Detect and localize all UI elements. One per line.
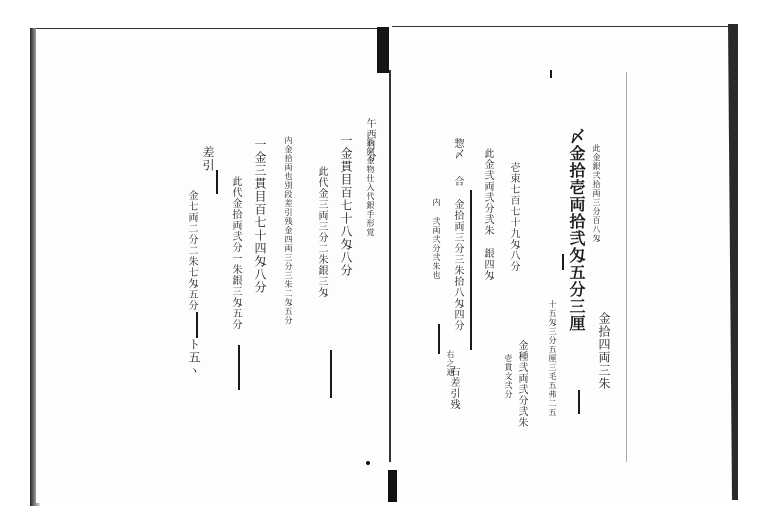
left-column-3: 一金貫目百七十八匁八分 bbox=[340, 134, 352, 334]
column-text: 合 金拾両三分三朱拾八匁四分 bbox=[452, 176, 463, 331]
column-text: ト五ヽ bbox=[187, 338, 201, 377]
column-text: 金種弐両弐分弐朱 bbox=[516, 340, 527, 428]
left-column-4: 此代金三両三分二朱銀三匁 bbox=[316, 166, 326, 386]
column-text: 一金貫目百七十八匁八分 bbox=[339, 134, 353, 277]
column-text: 差引 bbox=[201, 146, 215, 172]
right-column-7: 壱束七百七十九匁八分 bbox=[508, 162, 518, 332]
column-text: 鉄座金物仕入代銀手形覚 bbox=[366, 138, 375, 237]
ink-stroke bbox=[330, 350, 332, 398]
left-column-signature: ト五ヽ bbox=[188, 338, 200, 377]
ink-stroke bbox=[578, 390, 580, 414]
right-column-8: 此金弐両弐分弐朱 銀四匁 bbox=[482, 148, 492, 348]
column-text: 内 弐両弐分弐朱也 bbox=[432, 198, 441, 280]
right-page-frame-line bbox=[626, 72, 627, 462]
right-column-2: 此金銀弐拾両三分百八匁 bbox=[592, 144, 600, 264]
column-text: 此金弐両弐分弐朱 銀四匁 bbox=[482, 148, 493, 281]
right-column-13: 右差引残 bbox=[448, 366, 458, 446]
ink-spot bbox=[366, 461, 370, 465]
column-text: 金七両二分二朱七匁五分 bbox=[186, 190, 197, 311]
column-text: 此代金拾両弐分一朱銀三匁五分 bbox=[230, 176, 241, 330]
column-text: 内金拾両也別段差引残金四両三分三朱二匁五分 bbox=[284, 136, 293, 325]
right-column-9: 惣〆 bbox=[452, 138, 462, 160]
column-text: 壱貫文弐分 bbox=[504, 354, 513, 399]
spine-tab-bottom bbox=[388, 470, 397, 502]
left-column-8: 差引 bbox=[202, 146, 214, 172]
ink-stroke bbox=[438, 324, 440, 354]
left-page bbox=[36, 28, 388, 503]
ink-stroke bbox=[238, 345, 240, 390]
right-column-4: 十五匁三分五厘三毛五弗二五 bbox=[548, 300, 556, 480]
right-page bbox=[392, 26, 730, 499]
column-text: 惣〆 bbox=[452, 138, 463, 160]
column-text: 此金銀弐拾両三分百八匁 bbox=[592, 144, 601, 243]
column-text: 右差引残 bbox=[448, 366, 459, 410]
ink-stroke bbox=[216, 170, 218, 194]
right-column-6: 壱貫文弐分 bbox=[504, 354, 512, 399]
ink-stroke bbox=[562, 254, 564, 270]
left-column-7: 此代金拾両弐分一朱銀三匁五分 bbox=[230, 176, 240, 346]
right-column-5: 金種弐両弐分弐朱 bbox=[516, 340, 526, 440]
left-column-9: 金七両二分二朱七匁五分 bbox=[186, 190, 196, 330]
left-column-5: 内金拾両也別段差引残金四両三分三朱二匁五分 bbox=[284, 136, 292, 406]
right-column-1: 金拾四両三朱 bbox=[598, 312, 610, 422]
column-text: 金拾四両三朱 bbox=[597, 312, 611, 390]
column-text: 此代金三両三分二朱銀三匁 bbox=[316, 166, 327, 298]
ink-stroke bbox=[196, 312, 198, 338]
spine-line bbox=[389, 70, 391, 462]
left-column-6: 一金三貫目百七十四匁八分 bbox=[254, 138, 266, 358]
manuscript-spread: 午西月分 鉄座金物仕入代銀手形覚 一金貫目百七十八匁八分 此代金三両三分二朱銀三… bbox=[0, 0, 768, 518]
ink-stroke bbox=[470, 190, 472, 350]
left-column-2: 鉄座金物仕入代銀手形覚 bbox=[366, 138, 374, 268]
column-text: 壱束七百七十九匁八分 bbox=[508, 162, 519, 272]
column-text: 〆金拾壱両拾弐匁五分三厘 bbox=[567, 128, 586, 332]
column-text: 十五匁三分五厘三毛五弗二五 bbox=[548, 300, 557, 417]
spine-tab-top bbox=[377, 27, 389, 73]
ink-mark bbox=[550, 70, 552, 78]
right-column-3: 〆金拾壱両拾弐匁五分三厘 bbox=[568, 128, 584, 428]
right-column-11: 内 弐両弐分弐朱也 bbox=[432, 198, 440, 338]
column-text: 一金三貫目百七十四匁八分 bbox=[253, 138, 267, 294]
